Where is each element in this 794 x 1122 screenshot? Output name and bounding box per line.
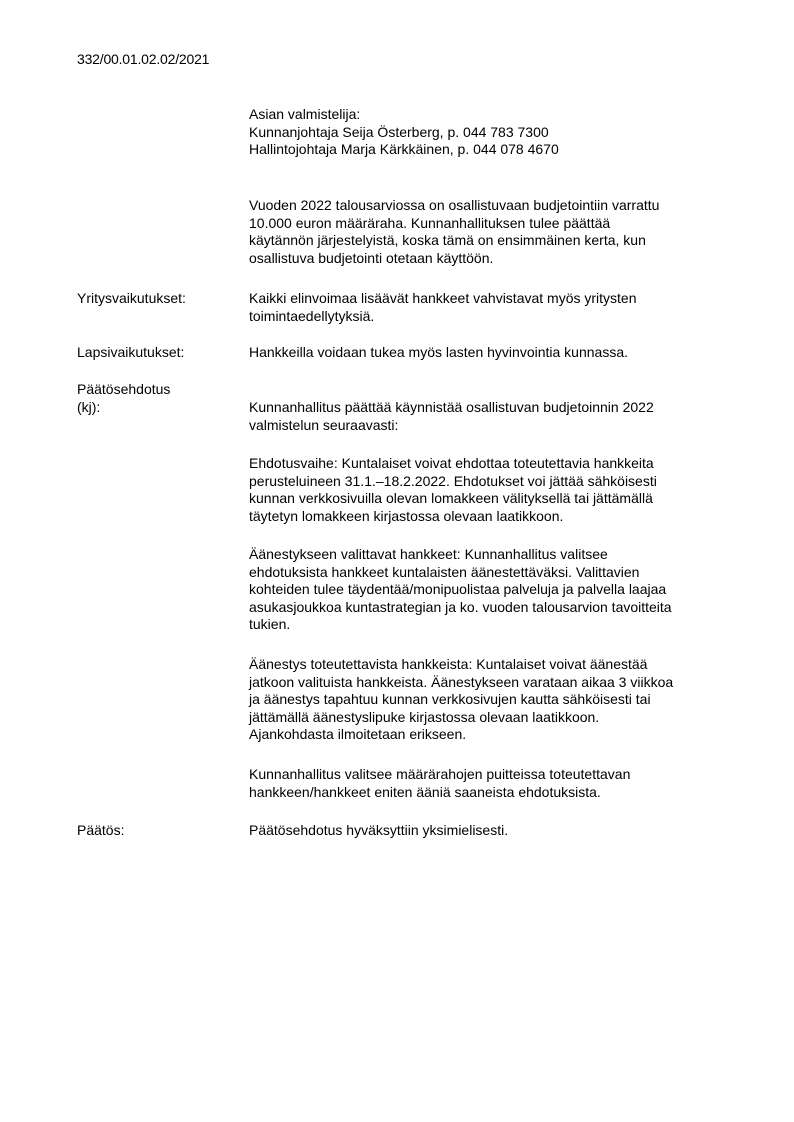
business-impacts-text: Kaikki elinvoimaa lisäävät hankkeet vahv… — [249, 290, 749, 325]
text-line: osallistuva budjetointi otetaan käyttöön… — [249, 250, 749, 268]
proposal-label: Päätösehdotus (kj): — [77, 381, 247, 416]
proposal-paragraph-voting: Äänestys toteutettavista hankkeista: Kun… — [249, 656, 749, 744]
preparer-line: Hallintojohtaja Marja Kärkkäinen, p. 044… — [249, 141, 749, 159]
text-line: valmistelun seuraavasti: — [249, 417, 749, 435]
text-line: jättämällä äänestyslipuke kirjastossa ol… — [249, 709, 749, 727]
text-line: jatkoon valituista hankkeista. Äänestyks… — [249, 674, 749, 692]
text-line: Äänestykseen valittavat hankkeet: Kunnan… — [249, 546, 749, 564]
proposal-paragraph-final-selection: Kunnanhallitus valitsee määrärahojen pui… — [249, 766, 749, 801]
text-line: Päätösehdotus hyväksyttiin yksimielisest… — [249, 822, 749, 840]
text-line: Äänestys toteutettavista hankkeista: Kun… — [249, 656, 749, 674]
text-line: kohteiden tulee täydentää/monipuolistaa … — [249, 581, 749, 599]
text-line: 10.000 euron määräraha. Kunnanhallitukse… — [249, 215, 749, 233]
text-line: tukien. — [249, 616, 749, 634]
text-line: toimintaedellytyksiä. — [249, 308, 749, 326]
preparers-block: Asian valmistelija: Kunnanjohtaja Seija … — [249, 106, 749, 159]
text-line: perusteluineen 31.1.–18.2.2022. Ehdotuks… — [249, 473, 749, 491]
text-line: Ajankohdasta ilmoitetaan erikseen. — [249, 726, 749, 744]
text-line: hankkeen/hankkeet eniten ääniä saaneista… — [249, 784, 749, 802]
text-line: kunnan verkkosivuilla olevan lomakkeen v… — [249, 490, 749, 508]
text-line: Vuoden 2022 talousarviossa on osallistuv… — [249, 197, 749, 215]
reference-number: 332/00.01.02.02/2021 — [77, 51, 209, 69]
text-line: Kunnanhallitus valitsee määrärahojen pui… — [249, 766, 749, 784]
proposal-paragraph-selection: Äänestykseen valittavat hankkeet: Kunnan… — [249, 546, 749, 634]
proposal-label-line: (kj): — [77, 399, 247, 417]
proposal-label-line: Päätösehdotus — [77, 381, 247, 399]
text-line: täytetyn lomakkeen kirjastossa olevaan l… — [249, 508, 749, 526]
preparers-heading: Asian valmistelija: — [249, 106, 749, 124]
text-line: Ehdotusvaihe: Kuntalaiset voivat ehdotta… — [249, 455, 749, 473]
proposal-intro: Kunnanhallitus päättää käynnistää osalli… — [249, 399, 749, 434]
text-line: Kunnanhallitus päättää käynnistää osalli… — [249, 399, 749, 417]
business-impacts-label: Yritysvaikutukset: — [77, 290, 247, 308]
proposal-paragraph-proposal-phase: Ehdotusvaihe: Kuntalaiset voivat ehdotta… — [249, 455, 749, 525]
text-line: ehdotuksista hankkeet kuntalaisten äänes… — [249, 564, 749, 582]
text-line: asukasjoukkoa kuntastrategian ja ko. vuo… — [249, 599, 749, 617]
intro-paragraph: Vuoden 2022 talousarviossa on osallistuv… — [249, 197, 749, 267]
text-line: ja äänestys tapahtuu kunnan verkkosivuje… — [249, 691, 749, 709]
decision-text: Päätösehdotus hyväksyttiin yksimielisest… — [249, 822, 749, 840]
text-line: Hankkeilla voidaan tukea myös lasten hyv… — [249, 344, 749, 362]
child-impacts-text: Hankkeilla voidaan tukea myös lasten hyv… — [249, 344, 749, 362]
text-line: Kaikki elinvoimaa lisäävät hankkeet vahv… — [249, 290, 749, 308]
document-page: 332/00.01.02.02/2021 Asian valmistelija:… — [0, 0, 794, 1122]
decision-label: Päätös: — [77, 822, 247, 840]
preparer-line: Kunnanjohtaja Seija Österberg, p. 044 78… — [249, 124, 749, 142]
child-impacts-label: Lapsivaikutukset: — [77, 344, 247, 362]
text-line: käytännön järjestelyistä, koska tämä on … — [249, 232, 749, 250]
